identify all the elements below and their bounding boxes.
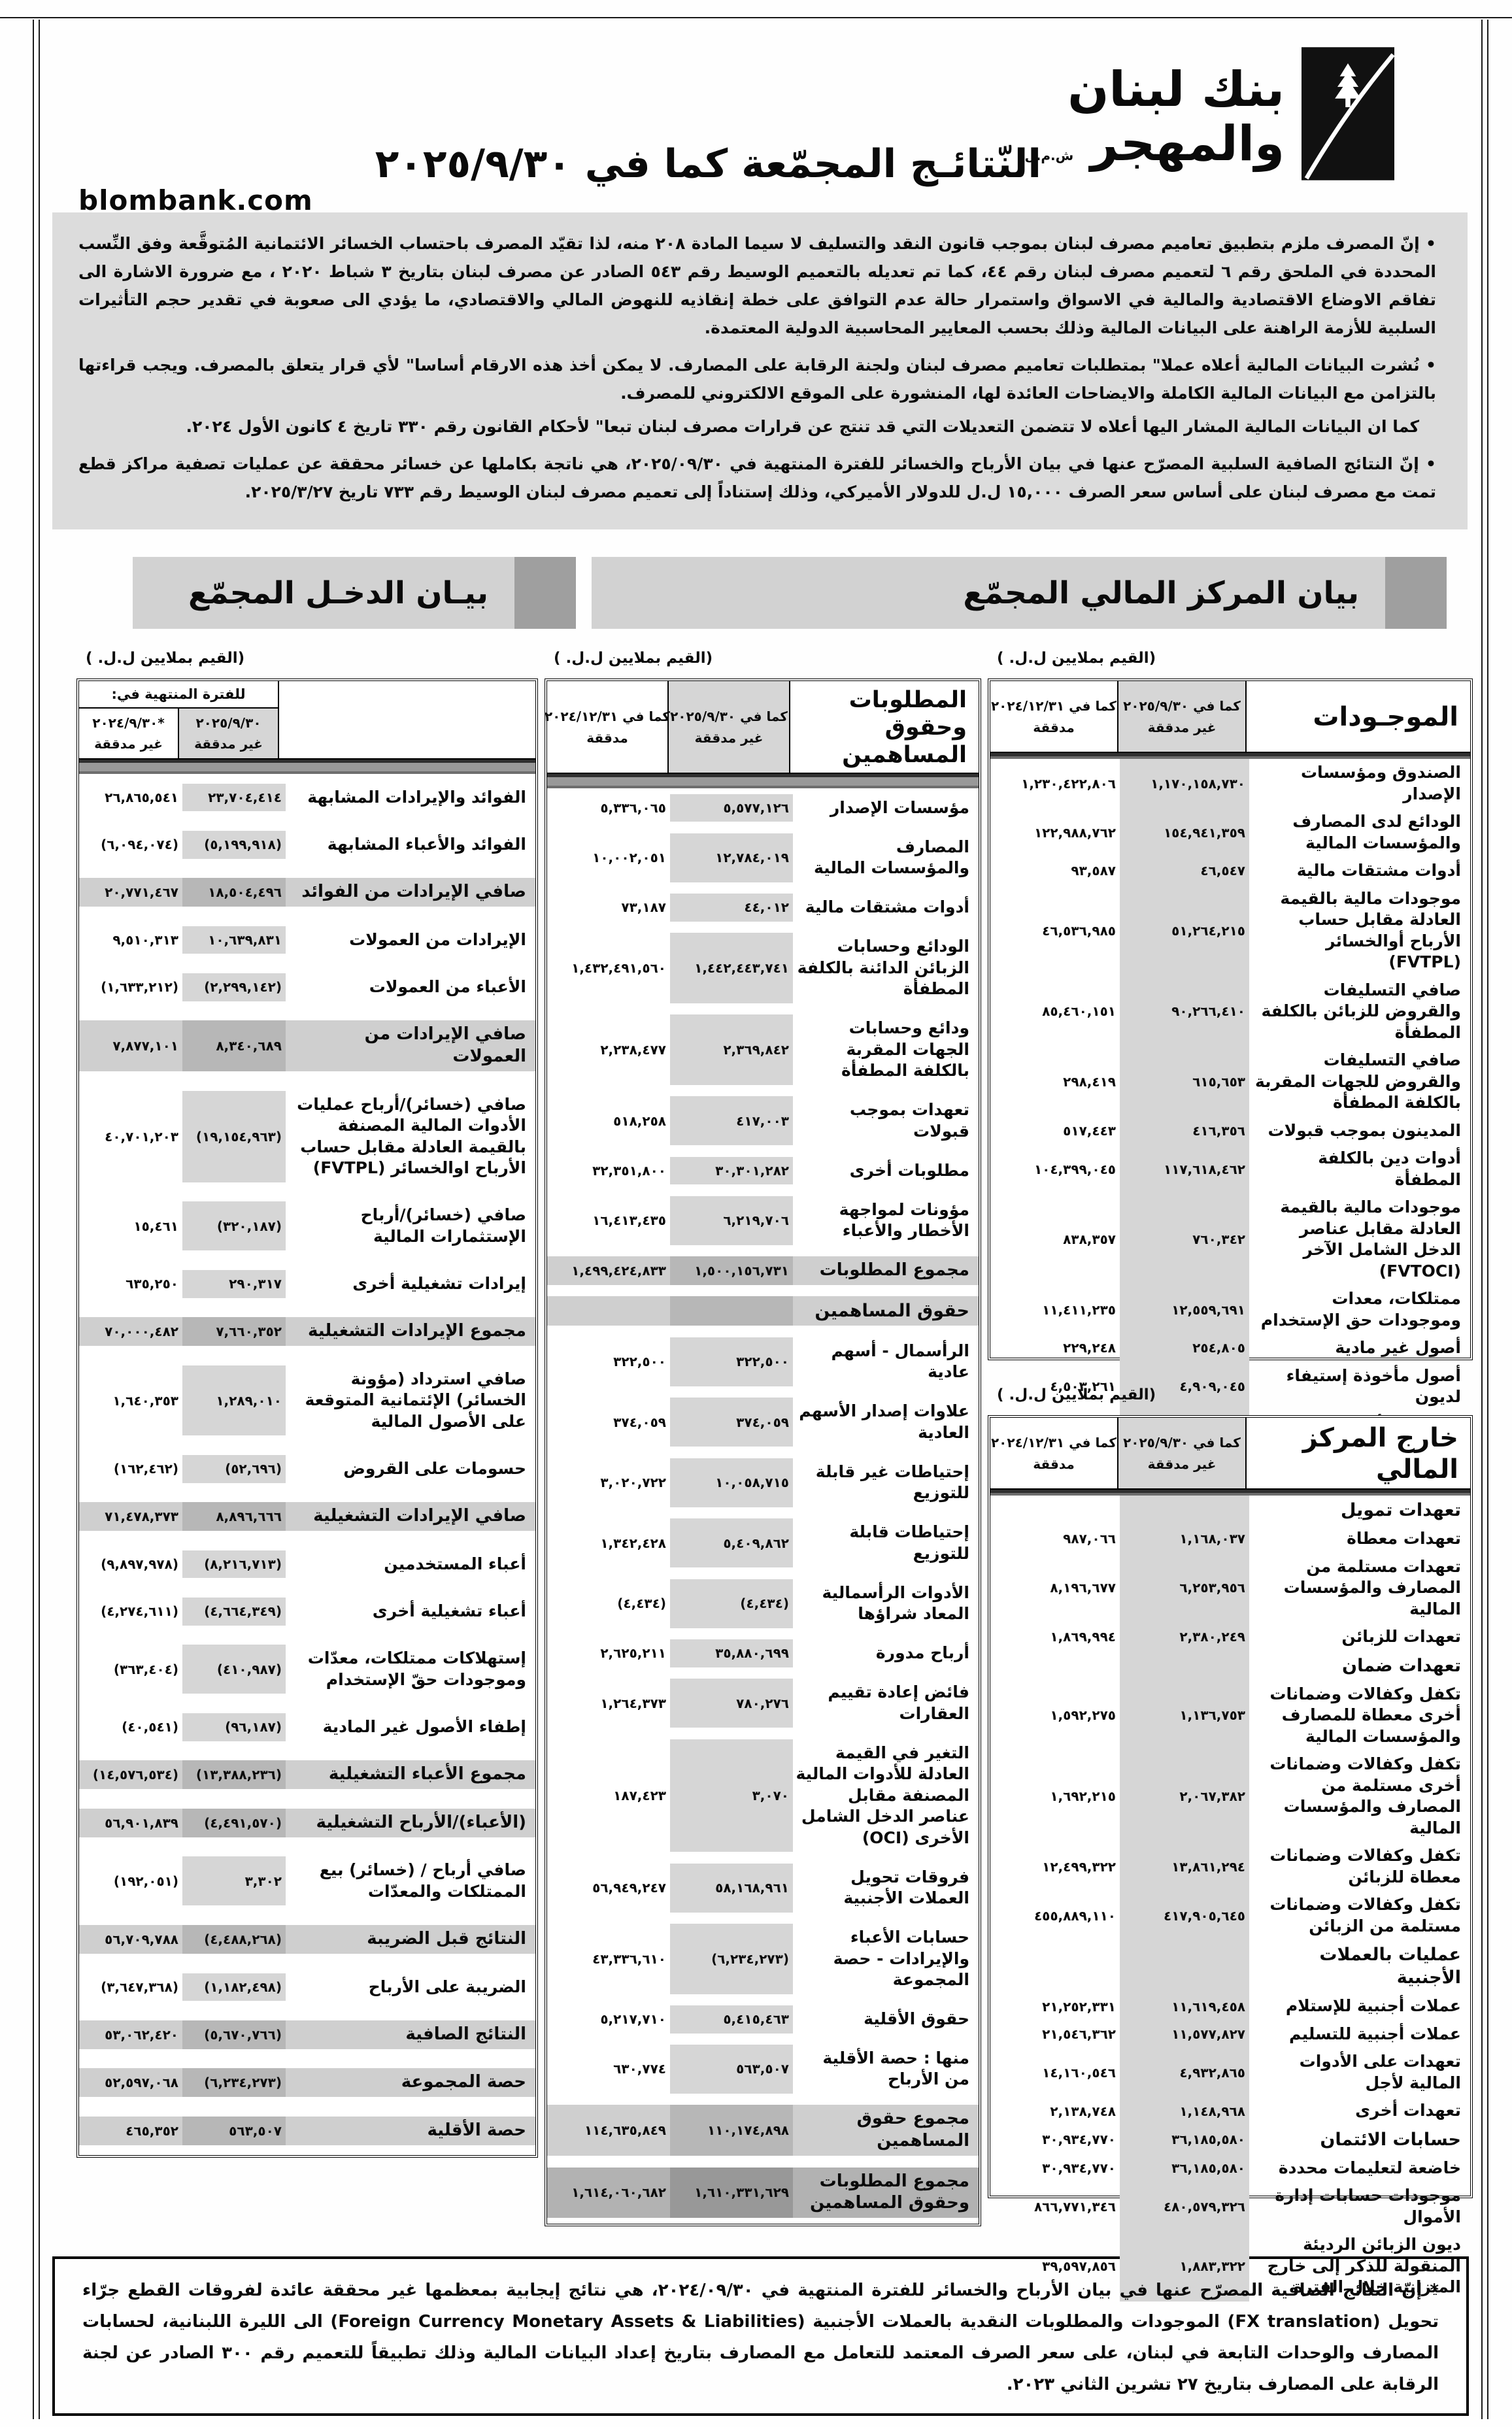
table-row: إيرادات تشغيلية أخرى٢٩٠,٣١٧٦٣٥,٢٥٠ (79, 1270, 535, 1298)
row-label: تكفل وكفالات وضمانات مستلمة من الزبائن (1249, 1891, 1470, 1940)
table-row: تعهدات مستلمة من المصارف والمؤسسات المال… (990, 1553, 1470, 1624)
row-label: المصارف والمؤسسات المالية (793, 833, 979, 882)
value-2024: ٣٧٤,٠٥٩ (547, 1398, 670, 1447)
period-2024-date: ‎*٢٠٢٤/٩/٣٠ (92, 715, 165, 731)
value-2024: (٤٠,٥٤١) (79, 1713, 182, 1741)
table-row: التغير في القيمة العادلة للأدوات المالية… (547, 1739, 979, 1852)
value-2025: (١,١٨٢,٤٩٨) (182, 1973, 286, 2001)
value-2025: ٤١٧,٩٠٥,٦٤٥ (1120, 1891, 1249, 1940)
row-label: إطفاء الأصول غير المادية (286, 1713, 535, 1741)
income-table-header: للفترة المنتهية في: ٢٠٢٥/٩/٣٠ غير مدققة … (79, 681, 535, 760)
liabilities-rows: مؤسسات الإصدار٥,٥٧٧,١٢٦٥,٣٣٦,٠٦٥المصارف … (547, 788, 979, 2224)
value-2025: (٦,٢٣٤,٢٧٣) (182, 2068, 286, 2097)
table-row: تعهدات أخرى١,١٤٨,٩٦٨٢,١٣٨,٧٤٨ (990, 2097, 1470, 2125)
column-header-2024: كما في ٢٠٢٤/١٢/٣١ مدققة (547, 681, 669, 773)
asof-2024-label: كما في ٢٠٢٤/١٢/٣١ (991, 698, 1117, 714)
row-label: صافي أرباح / (خسائر) بيع الممتلكات والمع… (286, 1856, 535, 1905)
value-2024: ١,٤٣٢,٤٩١,٥٦٠ (547, 933, 670, 1003)
page-right-border (1481, 20, 1488, 2419)
units-note: (القيم بملايين ل.ل. ) (988, 646, 1473, 678)
value-2025: ٤٤,٠١٢ (670, 894, 793, 922)
table-row: مؤونات لمواجهة الأخطار والأعباء٦,٢١٩,٧٠٦… (547, 1196, 979, 1245)
row-label: تعهدات معطاة (1249, 1525, 1470, 1553)
asof-2025-label: كما في ٢٠٢٥/٩/٣٠ (1123, 698, 1241, 714)
header-separator (547, 774, 979, 788)
value-2025: ٢٩٠,٣١٧ (182, 1270, 286, 1298)
row-label: إحتياطات غير قابلة للتوزيع (793, 1458, 979, 1507)
value-2025: ٣٦,١٨٥,٥٨٠ (1120, 2154, 1249, 2183)
period-2025-header: ٢٠٢٥/٩/٣٠ غير مدققة (178, 709, 278, 758)
value-2024: ٩٨٧,٠٦٦ (990, 1525, 1120, 1553)
row-label: النتائج قبل الضريبة (286, 1925, 535, 1954)
value-2025: ١,١٦٨,٠٣٧ (1120, 1525, 1249, 1553)
value-2024: ١,٢٣٠,٤٢٢,٨٠٦ (990, 759, 1120, 808)
value-2024: (١٦٢,٤٦٢) (79, 1455, 182, 1483)
income-period-block: للفترة المنتهية في: ٢٠٢٥/٩/٣٠ غير مدققة … (79, 681, 279, 758)
value-2024: ٣٠,٩٣٤,٧٧٠ (990, 2125, 1120, 2154)
value-2024: ٥٦,٧٠٩,٧٨٨ (79, 1925, 182, 1954)
value-2025 (1120, 1651, 1249, 1681)
row-label: تعهدات تمويل (1249, 1496, 1470, 1525)
value-2024: ٥٦,٩٤٩,٢٤٧ (547, 1864, 670, 1913)
value-2024: ٣٢٢,٥٠٠ (547, 1337, 670, 1386)
table-row: صافي الإيرادات التشغيلية٨,٨٩٦,٦٦٦٧١,٤٧٨,… (79, 1502, 535, 1531)
value-2024: ٧١,٤٧٨,٣٧٣ (79, 1502, 182, 1531)
table-row: علاوات إصدار الأسهم العادية٣٧٤,٠٥٩٣٧٤,٠٥… (547, 1398, 979, 1447)
value-2025: ٦,٢٥٣,٩٥٦ (1120, 1553, 1249, 1624)
value-2024: ٥٦,٩٠١,٨٣٩ (79, 1809, 182, 1837)
value-2025: ٨,٣٤٠,٦٨٩ (182, 1020, 286, 1071)
value-2025: ١,٢٨٩,٠١٠ (182, 1365, 286, 1436)
table-row: مطلوبات أخرى٣٠,٣٠١,٢٨٢٣٢,٣٥١,٨٠٠ (547, 1157, 979, 1185)
row-label: حسابات الأعباء والإيرادات - حصة المجموعة (793, 1924, 979, 1994)
row-label: موجودات مالية بالقيمة العادلة مقابل عناص… (1249, 1194, 1470, 1285)
value-2024: ٨,١٩٦,٦٧٧ (990, 1553, 1120, 1624)
value-2025: ٤,٩٣٢,٨٦٥ (1120, 2048, 1249, 2097)
value-2024: ١,٥٩٢,٢٧٥ (990, 1681, 1120, 1751)
table-row: تكفل وكفالات وضمانات أخرى مستلمة من المص… (990, 1750, 1470, 1842)
value-2025: ١٢,٧٨٤,٠١٩ (670, 833, 793, 882)
row-label: تعهدات للزبائن (1249, 1623, 1470, 1651)
row-label: تكفل وكفالات وضمانات أخرى معطاة للمصارف … (1249, 1681, 1470, 1751)
table-row: صافي استرداد (مؤونة الخسائر) الإئتمانية … (79, 1365, 535, 1436)
row-label: الرأسمال - أسهم عادية (793, 1337, 979, 1386)
row-label: تعهدات ضمان (1249, 1651, 1470, 1681)
table-row: أدوات دين بالكلفة المطفأة١١٧,٦١٨,٤٦٢١٠٤,… (990, 1145, 1470, 1194)
row-label: تعهدات أخرى (1249, 2097, 1470, 2125)
value-2025: ٥,٤٠٩,٨٦٢ (670, 1518, 793, 1567)
row-label: ممتلكات، معدات وموجودات حق الإستخدام (1249, 1285, 1470, 1334)
value-2024: (١٩٢,٠٥١) (79, 1856, 182, 1905)
off-balance-table-header: خارج المركز المالي كما في ٢٠٢٥/٩/٣٠ غير … (990, 1418, 1470, 1490)
period-2024-header: ‎*٢٠٢٤/٩/٣٠ غير مدققة (79, 709, 178, 758)
table-row: صافي التسليفات والقروض للجهات المقربة با… (990, 1046, 1470, 1117)
units-note: (القيم بملايين ل.ل. ) (545, 646, 981, 678)
row-label: تعهدات على الأدوات المالية لأجل (1249, 2048, 1470, 2097)
table-row: تعهدات بموجب قبولات٤١٧,٠٠٣٥١٨,٢٥٨ (547, 1096, 979, 1145)
value-2025: ٥,٤١٥,٤٦٣ (670, 2005, 793, 2034)
table-row: تكفل وكفالات وضمانات معطاة للزبائن١٣,٨٦١… (990, 1842, 1470, 1891)
value-2024: ١,٨٦٩,٩٩٤ (990, 1623, 1120, 1651)
row-label: أدوات مشتقات مالية (1249, 857, 1470, 885)
assets-table-header: الموجـودات كما في ٢٠٢٥/٩/٣٠ غير مدققة كم… (990, 681, 1470, 753)
row-label: صافي (خسائر)/أرباح عمليات الأدوات المالي… (286, 1091, 535, 1182)
value-2025: (٤,٦٦٤,٣٤٩) (182, 1598, 286, 1626)
value-2025: (١٩,١٥٤,٩٦٣) (182, 1091, 286, 1182)
column-header-2025: كما في ٢٠٢٥/٩/٣٠ غير مدققة (1118, 1418, 1247, 1488)
table-row: ممتلكات، معدات وموجودات حق الإستخدام١٢,٥… (990, 1285, 1470, 1334)
row-label: الفوائد والإيرادات المشابهة (286, 784, 535, 812)
income-rows: الفوائد والإيرادات المشابهة٢٣,٧٠٤,٤١٤٢٦,… (79, 774, 535, 2155)
value-2024: ٤٦٥,٣٥٢ (79, 2117, 182, 2145)
value-2024: ١١,٤١١,٢٣٥ (990, 1285, 1120, 1334)
value-2024: ١,٦٤٠,٣٥٣ (79, 1365, 182, 1436)
table-row: أدوات مشتقات مالية٤٦,٥٤٧٩٣,٥٨٧ (990, 857, 1470, 885)
value-2025: ٦,٢١٩,٧٠٦ (670, 1196, 793, 1245)
off-balance-rows: تعهدات تمويلتعهدات معطاة١,١٦٨,٠٣٧٩٨٧,٠٦٦… (990, 1496, 1470, 2301)
value-2025 (1120, 1496, 1249, 1525)
unaudited-label: غير مدققة (1148, 720, 1217, 735)
row-label: فائض إعادة تقييم العقارات (793, 1679, 979, 1728)
table-row: إستهلاكات ممتلكات، معدّات وموجودات حقّ ا… (79, 1645, 535, 1694)
row-label: صافي الإيرادات من العمولات (286, 1020, 535, 1071)
table-row: تعهدات تمويل (990, 1496, 1470, 1525)
table-row: حسابات الائتمان٣٦,١٨٥,٥٨٠٣٠,٩٣٤,٧٧٠ (990, 2125, 1470, 2154)
value-2025: (٥,٦٧٠,٧٦٦) (182, 2020, 286, 2049)
value-2024: (٦,٠٩٤,٠٧٤) (79, 831, 182, 859)
row-label: أدوات دين بالكلفة المطفأة (1249, 1145, 1470, 1194)
value-2025: ١١٧,٦١٨,٤٦٢ (1120, 1145, 1249, 1194)
value-2024: ٥١٧,٤٤٣ (990, 1117, 1120, 1145)
row-label: ودائع وحسابات الجهات المقربة بالكلفة الم… (793, 1014, 979, 1085)
value-2024: ١٢,٤٩٩,٣٢٢ (990, 1842, 1120, 1891)
asof-2025-label: كما في ٢٠٢٥/٩/٣٠ (1123, 1435, 1241, 1450)
value-2024: ٥١٨,٢٥٨ (547, 1096, 670, 1145)
table-row: الودائع وحسابات الزبائن الدائنة بالكلفة … (547, 933, 979, 1003)
column-header-2024: كما في ٢٠٢٤/١٢/٣١ مدققة (990, 681, 1118, 752)
value-2025: (٣٢٠,١٨٧) (182, 1201, 286, 1250)
row-label: النتائج الصافية (286, 2020, 535, 2049)
column-header-2025: كما في ٢٠٢٥/٩/٣٠ غير مدققة (669, 681, 790, 773)
row-label: الودائع لدى المصارف والمؤسسات المالية (1249, 808, 1470, 857)
value-2025: (٦,٢٣٤,٢٧٣) (670, 1924, 793, 1994)
unaudited-label: غير مدققة (1148, 1456, 1217, 1472)
section-band-income: بيـان الدخـل المجمّع (133, 557, 576, 629)
table-row: تعهدات للزبائن٢,٣٨٠,٢٤٩١,٨٦٩,٩٩٤ (990, 1623, 1470, 1651)
column-header-2024: كما في ٢٠٢٤/١٢/٣١ مدققة (990, 1418, 1118, 1488)
value-2024: ٤٦,٥٣٦,٩٨٥ (990, 885, 1120, 977)
value-2025: ٤٦,٥٤٧ (1120, 857, 1249, 885)
band-accent-square (1385, 557, 1447, 629)
row-label: أصول غير مادية (1249, 1334, 1470, 1362)
table-row: حصة المجموعة(٦,٢٣٤,٢٧٣)٥٢,٥٩٧,٠٦٨ (79, 2068, 535, 2097)
table-row: عملات أجنبية للتسليم١١,٥٧٧,٨٢٧٢١,٥٤٦,٣٦٢ (990, 2020, 1470, 2049)
value-2024: ٧,٨٧٧,١٠١ (79, 1020, 182, 1071)
asof-2024-label: كما في ٢٠٢٤/١٢/٣١ (991, 1435, 1117, 1450)
value-2024: ٥٢,٥٩٧,٠٦٨ (79, 2068, 182, 2097)
value-2025: ٣٧٤,٠٥٩ (670, 1398, 793, 1447)
row-label: الضريبة على الأرباح (286, 1973, 535, 2001)
intro-paragraph: إنّ النتائج الصافية السلبية المصرّح عنها… (78, 450, 1436, 506)
value-2025: ٤١٧,٠٠٣ (670, 1096, 793, 1145)
value-2025: (٤,٤٩١,٥٧٠) (182, 1809, 286, 1837)
value-2025: ١,١٤٨,٩٦٨ (1120, 2097, 1249, 2125)
row-label: أرباح مدورة (793, 1639, 979, 1667)
table-row: النتائج الصافية(٥,٦٧٠,٧٦٦)٥٣,٠٦٢,٤٢٠ (79, 2020, 535, 2049)
value-2024: ١٠٤,٣٩٩,٠٤٥ (990, 1145, 1120, 1194)
table-row: ودائع وحسابات الجهات المقربة بالكلفة الم… (547, 1014, 979, 1085)
table-row: المدينون بموجب قبولات٤١٦,٣٥٦٥١٧,٤٤٣ (990, 1117, 1470, 1145)
value-2025: ٢,٣٦٩,٨٤٢ (670, 1014, 793, 1085)
table-row: أدوات مشتقات مالية٤٤,٠١٢٧٣,١٨٧ (547, 894, 979, 922)
value-2025: ٥٨,١٦٨,٩٦١ (670, 1864, 793, 1913)
row-label: مجموع الإيرادات التشغيلية (286, 1317, 535, 1346)
table-row: موجودات مالية بالقيمة العادلة مقابل عناص… (990, 1194, 1470, 1285)
units-note: (القيم بملايين ل.ل. ) (988, 1382, 1473, 1415)
value-2025: ٥٦٣,٥٠٧ (670, 2045, 793, 2094)
value-2024: (٣٦٣,٤٠٤) (79, 1645, 182, 1694)
row-label: فروقات تحويل العملات الأجنبية (793, 1864, 979, 1913)
table-row: إحتياطات غير قابلة للتوزيع١٠,٠٥٨,٧١٥٣,٠٢… (547, 1458, 979, 1507)
row-label: حقوق الأقلية (793, 2005, 979, 2034)
row-label: خاضعة لتعليمات محددة (1249, 2154, 1470, 2183)
row-label: الإيرادات من العمولات (286, 926, 535, 954)
audited-label: مدققة (586, 730, 628, 746)
row-label: أدوات مشتقات مالية (793, 894, 979, 922)
row-label: المدينون بموجب قبولات (1249, 1117, 1470, 1145)
income-table: للفترة المنتهية في: ٢٠٢٥/٩/٣٠ غير مدققة … (76, 678, 538, 2158)
value-2025: (٥٢,٦٩٦) (182, 1455, 286, 1483)
row-label: حصة الأقلية (286, 2117, 535, 2145)
row-label: الودائع وحسابات الزبائن الدائنة بالكلفة … (793, 933, 979, 1003)
value-2024: ٨٦٦,٧٧١,٣٤٦ (990, 2182, 1120, 2231)
band-accent-square (514, 557, 576, 629)
table-row: صافي الإيرادات من الفوائد١٨,٥٠٤,٤٩٦٢٠,٧٧… (79, 878, 535, 907)
off-balance-title: خارج المركز المالي (1247, 1418, 1470, 1488)
value-2024: ٤٠,٧٠١,٢٠٣ (79, 1091, 182, 1182)
table-row: صافي (خسائر)/أرباح الإستثمارات المالية(٣… (79, 1201, 535, 1250)
row-label: مجموع المطلوبات (793, 1256, 979, 1285)
table-row: عملات أجنبية للإستلام١١,٦١٩,٤٥٨٢١,٢٥٢,٣٣… (990, 1992, 1470, 2020)
value-2025: ٧٨٠,٢٧٦ (670, 1679, 793, 1728)
row-label: الصندوق ومؤسسات الإصدار (1249, 759, 1470, 808)
row-label: أعباء تشغيلية أخرى (286, 1598, 535, 1626)
row-label: الأدوات الرأسمالية المعاد شراؤها (793, 1579, 979, 1628)
value-2024: ٥,٢١٧,٧١٠ (547, 2005, 670, 2034)
value-2024: ٣٢,٣٥١,٨٠٠ (547, 1157, 670, 1185)
header: بنك لبنان والمهجر ش.م.ل النّتائـج المجمّ… (46, 20, 1473, 212)
row-label: صافي (خسائر)/أرباح الإستثمارات المالية (286, 1201, 535, 1250)
value-2024: ٢٩٨,٤١٩ (990, 1046, 1120, 1117)
row-label: مؤونات لمواجهة الأخطار والأعباء (793, 1196, 979, 1245)
value-2024: ٨٥,٤٦٠,١٥١ (990, 977, 1120, 1047)
value-2024: ٤٥٥,٨٨٩,١١٠ (990, 1891, 1120, 1940)
table-row: مجموع المطلوبات وحقوق المساهمين١,٦١٠,٣٣١… (547, 2168, 979, 2218)
value-2025: ٥١,٢٦٤,٢١٥ (1120, 885, 1249, 977)
value-2024: ١,٦٩٢,٢١٥ (990, 1750, 1120, 1842)
value-2024: ١٥,٤٦١ (79, 1201, 182, 1250)
row-label: صافي الإيرادات التشغيلية (286, 1502, 535, 1531)
table-row: تعهدات على الأدوات المالية لأجل٤,٩٣٢,٨٦٥… (990, 2048, 1470, 2097)
value-2025: ٤٨٠,٥٧٩,٣٢٦ (1120, 2182, 1249, 2231)
row-label: مجموع الأعباء التشغيلية (286, 1760, 535, 1789)
bank-name: بنك لبنان والمهجر ش.م.ل (1024, 44, 1285, 171)
value-2025: ٣٥,٨٨٠,٦٩٩ (670, 1639, 793, 1667)
table-row: منها : حصة الأقلية من الأرباح٥٦٣,٥٠٧٦٣٠,… (547, 2045, 979, 2094)
value-2024: ٢٦,٨٦٥,٥٤١ (79, 784, 182, 812)
table-row: صافي الإيرادات من العمولات٨,٣٤٠,٦٨٩٧,٨٧٧… (79, 1020, 535, 1071)
value-2024: (٣,٦٤٧,٣٦٨) (79, 1973, 182, 2001)
units-note: (القيم بملايين ل.ل. ) (76, 646, 538, 678)
value-2025: ١,١٧٠,١٥٨,٧٣٠ (1120, 759, 1249, 808)
income-header-spacer (279, 681, 535, 758)
unaudited-label: غير مدققة (94, 736, 163, 752)
value-2025: ٦١٥,٦٥٣ (1120, 1046, 1249, 1117)
value-2025: ١١,٥٧٧,٨٢٧ (1120, 2020, 1249, 2049)
audited-label: مدققة (1033, 720, 1075, 735)
value-2025: ٢٥٤,٨٠٥ (1120, 1334, 1249, 1362)
row-label: عملات أجنبية للتسليم (1249, 2020, 1470, 2049)
bank-name-line2: والمهجر (1090, 116, 1285, 172)
table-row: أرباح مدورة٣٥,٨٨٠,٦٩٩٢,٦٢٥,٢١١ (547, 1639, 979, 1667)
value-2024: ٧٣,١٨٧ (547, 894, 670, 922)
table-row: الفوائد والإيرادات المشابهة٢٣,٧٠٤,٤١٤٢٦,… (79, 784, 535, 812)
value-2024: ٢٢٩,٢٤٨ (990, 1334, 1120, 1362)
table-row: الأدوات الرأسمالية المعاد شراؤها(٤,٤٣٤)(… (547, 1579, 979, 1628)
row-label: تكفل وكفالات وضمانات أخرى مستلمة من المص… (1249, 1750, 1470, 1842)
liabilities-table: المطلوبات وحقوق المساهمين كما في ٢٠٢٥/٩/… (545, 678, 981, 2226)
website-url: blombank.com (78, 184, 313, 216)
row-label: إيرادات تشغيلية أخرى (286, 1270, 535, 1298)
value-2024: (٤,٤٣٤) (547, 1579, 670, 1628)
value-2025: ٥٦٣,٥٠٧ (182, 2117, 286, 2145)
header-separator (990, 1490, 1470, 1496)
section-band-balance: بيان المركز المالي المجمّع (592, 557, 1447, 629)
table-row: تكفل وكفالات وضمانات مستلمة من الزبائن٤١… (990, 1891, 1470, 1940)
assets-table: الموجـودات كما في ٢٠٢٥/٩/٣٠ غير مدققة كم… (988, 678, 1473, 1360)
value-2024: ١,٦١٤,٠٦٠,٦٨٢ (547, 2168, 670, 2218)
value-2025: ٤١٦,٣٥٦ (1120, 1117, 1249, 1145)
value-2024: ٥,٣٣٦,٠٦٥ (547, 794, 670, 822)
row-label: إحتياطات قابلة للتوزيع (793, 1518, 979, 1567)
unaudited-label: غير مدققة (695, 730, 764, 746)
unaudited-label: غير مدققة (194, 736, 263, 752)
value-2025: ١,١٣٦,٧٥٣ (1120, 1681, 1249, 1751)
table-row: الأعباء من العمولات(٢,٢٩٩,١٤٢)(١,٦٣٣,٢١٢… (79, 973, 535, 1001)
table-row: حسابات الأعباء والإيرادات - حصة المجموعة… (547, 1924, 979, 1994)
value-2024: ٧٠,٠٠٠,٤٨٢ (79, 1317, 182, 1346)
value-2025: ١٠,٠٥٨,٧١٥ (670, 1458, 793, 1507)
value-2024 (547, 1296, 670, 1326)
value-2024: ٦٣٥,٢٥٠ (79, 1270, 182, 1298)
value-2024: ٢٠,٧٧١,٤٦٧ (79, 878, 182, 907)
value-2025: ٢٣,٧٠٤,٤١٤ (182, 784, 286, 812)
table-row: مجموع الأعباء التشغيلية(١٣,٣٨٨,٢٣٦)(١٤,٥… (79, 1760, 535, 1789)
table-row: موجودات مالية بالقيمة العادلة مقابل حساب… (990, 885, 1470, 977)
value-2024: ١٢٢,٩٨٨,٧٦٢ (990, 808, 1120, 857)
asof-2024-label: كما في ٢٠٢٤/١٢/٣١ (545, 709, 670, 724)
table-row: فروقات تحويل العملات الأجنبية٥٨,١٦٨,٩٦١٥… (547, 1864, 979, 1913)
table-row: خاضعة لتعليمات محددة٣٦,١٨٥,٥٨٠٣٠,٩٣٤,٧٧٠ (990, 2154, 1470, 2183)
liabilities-table-header: المطلوبات وحقوق المساهمين كما في ٢٠٢٥/٩/… (547, 681, 979, 774)
table-row: (الأعباء)/الأرباح التشغيلية(٤,٤٩١,٥٧٠)٥٦… (79, 1809, 535, 1837)
row-label: إستهلاكات ممتلكات، معدّات وموجودات حقّ ا… (286, 1645, 535, 1694)
table-row: مؤسسات الإصدار٥,٥٧٧,١٢٦٥,٣٣٦,٠٦٥ (547, 794, 979, 822)
column-header-2025: كما في ٢٠٢٥/٩/٣٠ غير مدققة (1118, 681, 1247, 752)
table-row: تعهدات معطاة١,١٦٨,٠٣٧٩٨٧,٠٦٦ (990, 1525, 1470, 1553)
value-2024: ٣٠,٩٣٤,٧٧٠ (990, 2154, 1120, 2183)
value-2024: ١٤,١٦٠,٥٤٦ (990, 2048, 1120, 2097)
value-2025: ١١٠,١٧٤,٨٩٨ (670, 2105, 793, 2156)
page-title: النّتائـج المجمّعة كما في ٢٠٢٥/٩/٣٠ (375, 141, 1041, 187)
row-label: الأعباء من العمولات (286, 973, 535, 1001)
value-2025: ١١,٦١٩,٤٥٨ (1120, 1992, 1249, 2020)
row-label: مطلوبات أخرى (793, 1157, 979, 1185)
table-row: الودائع لدى المصارف والمؤسسات المالية١٥٤… (990, 808, 1470, 857)
value-2025: ٧,٦٦٠,٣٥٢ (182, 1317, 286, 1346)
liabilities-title: المطلوبات وحقوق المساهمين (790, 681, 979, 773)
page-left-border (33, 20, 40, 2419)
table-row: إحتياطات قابلة للتوزيع٥,٤٠٩,٨٦٢١,٣٤٢,٤٢٨ (547, 1518, 979, 1567)
footnote: * إنّ النتائج الصافية المصرّح عنها في بي… (52, 2256, 1469, 2416)
value-2025: (١٣,٣٨٨,٢٣٦) (182, 1760, 286, 1789)
row-label: أعباء المستخدمين (286, 1550, 535, 1579)
row-label: منها : حصة الأقلية من الأرباح (793, 2045, 979, 2094)
row-label: التغير في القيمة العادلة للأدوات المالية… (793, 1739, 979, 1852)
value-2024: (١٤,٥٧٦,٥٣٤) (79, 1760, 182, 1789)
row-label: تكفل وكفالات وضمانات معطاة للزبائن (1249, 1842, 1470, 1891)
value-2024: (٩,٨٩٧,٩٧٨) (79, 1550, 182, 1579)
table-row: المصارف والمؤسسات المالية١٢,٧٨٤,٠١٩١٠,٠٠… (547, 833, 979, 882)
intro-notes: إنّ المصرف ملزم بتطبيق تعاميم مصرف لبنان… (52, 212, 1468, 529)
intro-paragraph: كما ان البيانات المالية المشار اليها أعل… (78, 412, 1436, 441)
page-top-rule (0, 17, 1512, 18)
value-2025: ٣٢٢,٥٠٠ (670, 1337, 793, 1386)
header-separator (990, 753, 1470, 759)
value-2024: ٢,٢٣٨,٤٧٧ (547, 1014, 670, 1085)
value-2025: ٢,٠٦٧,٣٨٢ (1120, 1750, 1249, 1842)
value-2024: ١,٣٤٢,٤٢٨ (547, 1518, 670, 1567)
value-2025: ٧٦٠,٣٤٢ (1120, 1194, 1249, 1285)
value-2024: (١,٦٣٣,٢١٢) (79, 973, 182, 1001)
table-row: الضريبة على الأرباح(١,١٨٢,٤٩٨)(٣,٦٤٧,٣٦٨… (79, 1973, 535, 2001)
row-label: تعهدات مستلمة من المصارف والمؤسسات المال… (1249, 1553, 1470, 1624)
blom-logo (1302, 44, 1394, 183)
row-label: مجموع المطلوبات وحقوق المساهمين (793, 2168, 979, 2218)
row-label: موجودات حسابات إدارة الأموال (1249, 2182, 1470, 2231)
value-2025: (٢,٢٩٩,١٤٢) (182, 973, 286, 1001)
value-2025: (٩٦,١٨٧) (182, 1713, 286, 1741)
value-2025 (1120, 1940, 1249, 1992)
value-2025: ١٨,٥٠٤,٤٩٦ (182, 878, 286, 907)
table-row: موجودات حسابات إدارة الأموال٤٨٠,٥٧٩,٣٢٦٨… (990, 2182, 1470, 2231)
income-section-title: بيـان الدخـل المجمّع (175, 575, 514, 611)
row-label: صافي الإيرادات من الفوائد (286, 878, 535, 907)
value-2024: ٢,٦٢٥,٢١١ (547, 1639, 670, 1667)
value-2024: ٨٣٨,٣٥٧ (990, 1194, 1120, 1285)
section-bands: بيان المركز المالي المجمّع بيـان الدخـل … (46, 557, 1473, 629)
value-2025 (670, 1296, 793, 1326)
statements: (القيم بملايين ل.ل. ) الموجـودات كما في … (46, 646, 1473, 2226)
table-row: إطفاء الأصول غير المادية(٩٦,١٨٧)(٤٠,٥٤١) (79, 1713, 535, 1741)
table-row: مجموع المطلوبات١,٥٠٠,١٥٦,٧٣١١,٤٩٩,٤٢٤,٨٣… (547, 1256, 979, 1285)
table-row: حقوق الأقلية٥,٤١٥,٤٦٣٥,٢١٧,٧١٠ (547, 2005, 979, 2034)
value-2024: ٦٣٠,٧٧٤ (547, 2045, 670, 2094)
table-row: أصول غير مادية٢٥٤,٨٠٥٢٢٩,٢٤٨ (990, 1334, 1470, 1362)
liabilities-column: (القيم بملايين ل.ل. ) المطلوبات وحقوق ال… (545, 646, 981, 2226)
value-2025: (٤,٤٣٤) (670, 1579, 793, 1628)
row-label: (الأعباء)/الأرباح التشغيلية (286, 1809, 535, 1837)
